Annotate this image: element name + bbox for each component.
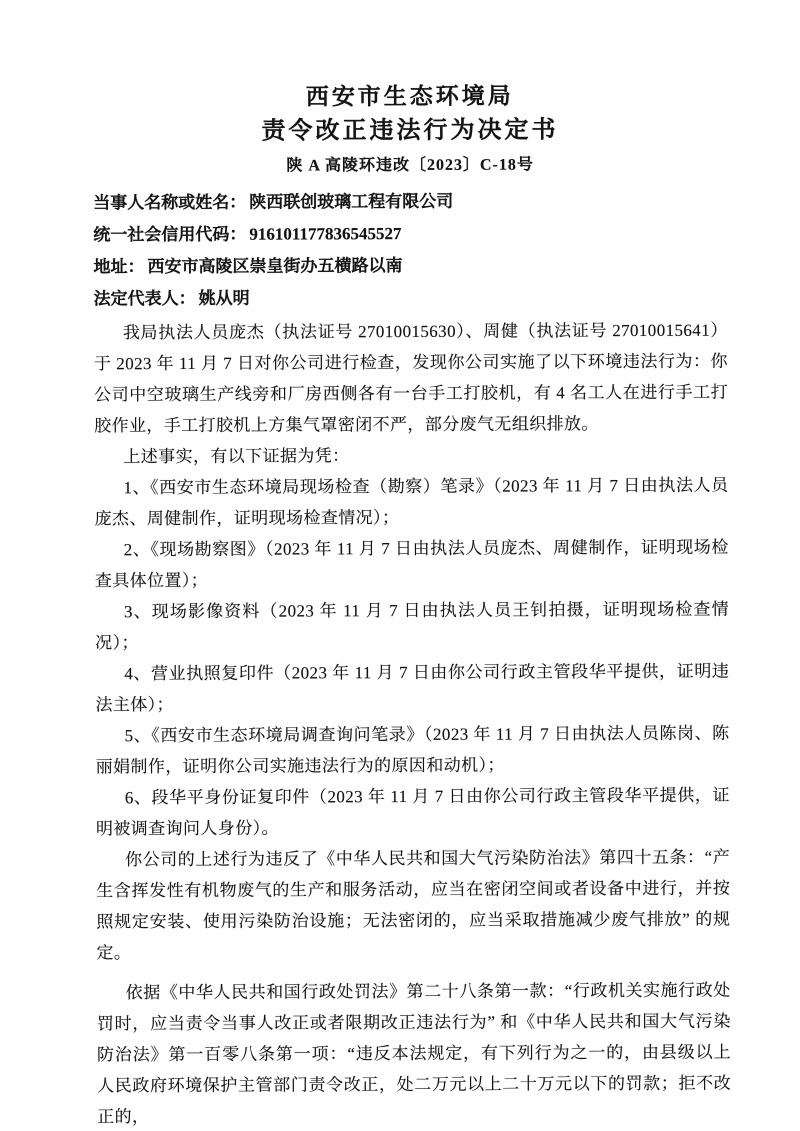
paragraph-inspection-findings: 我局执法人员庞杰（执法证号 27010015630）、周健（执法证号 27010… <box>94 315 729 442</box>
evidence-item-4: 4、营业执照复印件（2023 年 11 月 7 日由你公司行政主管段华平提供，证… <box>95 656 729 721</box>
credit-code-value: 916101177836545527 <box>249 224 401 244</box>
party-name-value: 陕西联创玻璃工程有限公司 <box>249 192 453 212</box>
legal-representative-label: 法定代表人： <box>94 289 196 308</box>
evidence-item-2: 2、《现场勘察图》（2023 年 11 月 7 日由执法人员庞杰、周健制作，证明… <box>95 532 729 597</box>
document-title-line-1: 西安市生态环境局 <box>93 79 727 115</box>
evidence-item-1: 1、《西安市生态环境局现场检查（勘察）笔录》（2023 年 11 月 7 日由执… <box>94 470 728 535</box>
paragraph-legal-basis: 依据《中华人民共和国行政处罚法》第二十八条第一款：“行政机关实施行政处罚时，应当… <box>97 975 732 1131</box>
document-number: 陕 A 高陵环违改〔2023〕C-18号 <box>93 151 727 181</box>
paragraph-violated-law: 你公司的上述行为违反了《中华人民共和国大气污染防治法》第四十五条：“产生含挥发性… <box>96 842 731 969</box>
document-page: 西安市生态环境局 责令改正违法行为决定书 陕 A 高陵环违改〔2023〕C-18… <box>0 0 800 1131</box>
credit-code-label: 统一社会信用代码： <box>93 225 246 245</box>
document-content: 西安市生态环境局 责令改正违法行为决定书 陕 A 高陵环违改〔2023〕C-18… <box>93 79 732 1131</box>
legal-representative-value: 姚从明 <box>199 289 250 308</box>
address-value: 西安市高陵区崇皇街办五横路以南 <box>147 256 402 276</box>
party-name-row: 当事人名称或姓名：陕西联创玻璃工程有限公司 <box>93 185 727 220</box>
address-label: 地址： <box>93 257 144 276</box>
party-name-label: 当事人名称或姓名： <box>93 193 246 213</box>
address-row: 地址：西安市高陵区崇皇街办五横路以南 <box>93 249 727 284</box>
credit-code-row: 统一社会信用代码：916101177836545527 <box>93 217 727 252</box>
document-body: 我局执法人员庞杰（执法证号 27010015630）、周健（执法证号 27010… <box>94 315 732 1131</box>
document-title-line-2: 责令改正违法行为决定书 <box>93 112 727 151</box>
evidence-item-5: 5、《西安市生态环境局调查询问笔录》（2023 年 11 月 7 日由执法人员陈… <box>95 718 729 783</box>
evidence-item-6: 6、段华平身份证复印件（2023 年 11 月 7 日由你公司行政主管段华平提供… <box>96 780 730 845</box>
legal-representative-row: 法定代表人：姚从明 <box>94 281 728 316</box>
paragraph-evidence-intro: 上述事实，有以下证据为凭： <box>94 439 728 473</box>
evidence-item-3: 3、现场影像资料（2023 年 11 月 7 日由执法人员王钊拍摄，证明现场检查… <box>95 594 729 659</box>
party-meta-block: 当事人名称或姓名：陕西联创玻璃工程有限公司 统一社会信用代码：916101177… <box>93 185 728 316</box>
